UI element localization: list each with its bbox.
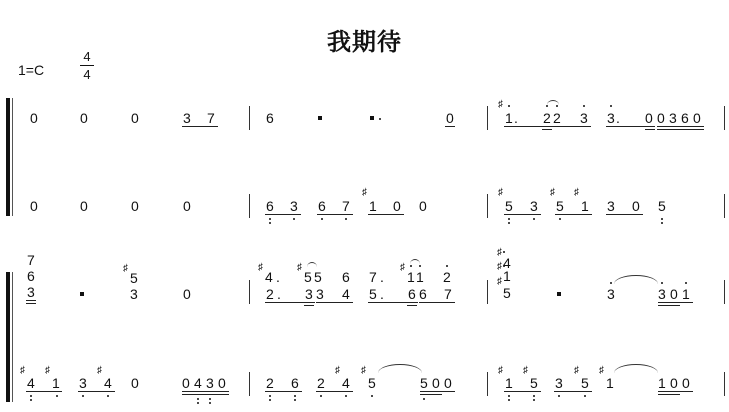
octave-dot-high <box>556 105 558 107</box>
note: 5 <box>369 286 377 302</box>
octave-dot-low <box>508 218 510 220</box>
note: 0 <box>446 110 454 126</box>
note: 3 <box>658 286 666 302</box>
dot: . <box>380 269 384 285</box>
time-signature-line <box>80 65 94 66</box>
sharp-icon: ♯ <box>497 277 502 287</box>
sixteenth-beam <box>182 394 229 395</box>
sharp-icon: ♯ <box>574 188 579 198</box>
eighth-beam <box>265 302 315 303</box>
note: 5 <box>368 375 376 391</box>
tie <box>614 364 658 373</box>
system-bracket-thick <box>6 272 10 402</box>
octave-dot-low <box>294 399 296 401</box>
tie <box>410 259 420 264</box>
eighth-beam <box>554 391 592 392</box>
note: 0 <box>131 375 139 391</box>
barline <box>487 194 488 218</box>
eighth-beam <box>658 391 693 392</box>
octave-dot-low <box>533 218 535 220</box>
eighth-beam <box>504 126 555 127</box>
note: 3 <box>316 286 324 302</box>
upper-note: 7 <box>369 269 377 285</box>
octave-dot-high <box>685 282 687 284</box>
eighth-beam <box>445 126 455 127</box>
note: 4 <box>342 286 350 302</box>
octave-dot-high <box>546 105 548 107</box>
chord-note: 7 <box>27 252 35 268</box>
note: 0 <box>670 286 678 302</box>
octave-dot-low <box>661 222 663 224</box>
note: 1 <box>581 198 589 214</box>
sharp-icon: ♯ <box>497 248 502 258</box>
note: 3 <box>206 375 214 391</box>
note: 1 <box>658 375 666 391</box>
octave-dot-low <box>533 395 535 397</box>
note: 6 <box>681 110 689 126</box>
extension-dash <box>557 292 561 296</box>
sharp-icon: ♯ <box>258 263 263 273</box>
octave-dot-low <box>345 218 347 220</box>
time-signature-numerator: 4 <box>80 49 94 64</box>
note: 5 <box>581 375 589 391</box>
note: 5 <box>505 198 513 214</box>
dot: . <box>380 286 384 302</box>
note: 1 <box>682 286 690 302</box>
eighth-beam <box>368 302 418 303</box>
sharp-icon: ♯ <box>361 366 366 376</box>
sharp-icon: ♯ <box>297 263 302 273</box>
sharp-icon: ♯ <box>498 366 503 376</box>
barline <box>487 280 488 304</box>
note: 3 <box>130 286 138 302</box>
note: 3 <box>305 286 313 302</box>
note: 3 <box>183 110 191 126</box>
octave-dot-low <box>558 395 560 397</box>
octave-dot-low <box>584 395 586 397</box>
augmentation-dot <box>379 118 381 120</box>
eighth-beam <box>26 300 36 301</box>
sharp-icon: ♯ <box>497 262 502 272</box>
upper-note: 1 <box>416 269 424 285</box>
barline <box>724 194 725 218</box>
octave-dot-low <box>82 395 84 397</box>
eighth-beam <box>606 214 643 215</box>
note: 2 <box>266 286 274 302</box>
octave-dot-high <box>503 251 505 253</box>
note: 0 <box>670 375 678 391</box>
note: 0 <box>393 198 401 214</box>
dot: . <box>616 110 620 126</box>
note: 1 <box>505 110 513 126</box>
note: 1 <box>369 198 377 214</box>
note: 2 <box>266 375 274 391</box>
octave-dot-high <box>419 265 421 267</box>
barline <box>724 106 725 130</box>
dot: . <box>276 269 280 285</box>
octave-dot-low <box>269 399 271 401</box>
upper-note: 2 <box>443 269 451 285</box>
note: 2 <box>543 110 551 126</box>
eighth-beam <box>182 391 229 392</box>
octave-dot-low <box>30 399 32 401</box>
note: 4 <box>104 375 112 391</box>
note: 7 <box>207 110 215 126</box>
note: 6 <box>266 110 274 126</box>
octave-dot-high <box>583 105 585 107</box>
eighth-beam <box>606 126 655 127</box>
note: 0 <box>182 375 190 391</box>
note: 1 <box>606 375 614 391</box>
eighth-beam <box>265 391 302 392</box>
note: 5 <box>420 375 428 391</box>
tie <box>614 275 658 284</box>
note: 0 <box>131 110 139 126</box>
eighth-beam <box>265 214 301 215</box>
barline <box>249 280 250 304</box>
octave-dot-low <box>269 222 271 224</box>
octave-dot-low <box>508 395 510 397</box>
octave-dot-low <box>209 402 211 404</box>
barline <box>487 106 488 130</box>
note: 0 <box>632 198 640 214</box>
octave-dot-low <box>661 218 663 220</box>
note: 0 <box>80 110 88 126</box>
note: 3 <box>290 198 298 214</box>
tie <box>547 100 559 105</box>
chord-note: 5 <box>130 270 138 286</box>
chord-note: 3 <box>27 284 35 300</box>
note: 0 <box>419 198 427 214</box>
sixteenth-beam <box>26 303 36 304</box>
octave-dot-low <box>209 398 211 400</box>
system-bracket-thin <box>12 98 13 216</box>
octave-dot-low <box>197 402 199 404</box>
upper-note: 5 <box>314 269 322 285</box>
eighth-beam <box>555 214 592 215</box>
note: 6 <box>419 286 427 302</box>
octave-dot-low <box>293 218 295 220</box>
octave-dot-high <box>503 265 505 267</box>
note: 0 <box>682 375 690 391</box>
note: 5 <box>556 198 564 214</box>
sharp-icon: ♯ <box>498 188 503 198</box>
octave-dot-low <box>508 222 510 224</box>
sharp-icon: ♯ <box>335 366 340 376</box>
sixteenth-beam <box>658 394 680 395</box>
octave-dot-high <box>446 265 448 267</box>
octave-dot-high <box>610 105 612 107</box>
sharp-icon: ♯ <box>599 366 604 376</box>
barline <box>724 372 725 396</box>
note: 3 <box>580 110 588 126</box>
eighth-beam <box>316 391 353 392</box>
octave-dot-low <box>508 399 510 401</box>
note: 3 <box>530 198 538 214</box>
octave-dot-low <box>197 398 199 400</box>
eighth-beam <box>504 214 541 215</box>
note: 6 <box>318 198 326 214</box>
note: 3 <box>555 375 563 391</box>
note: 2 <box>317 375 325 391</box>
chord-note: 6 <box>27 268 35 284</box>
octave-dot-high <box>661 282 663 284</box>
note: 0 <box>30 198 38 214</box>
note: 0 <box>693 110 701 126</box>
eighth-beam <box>420 391 455 392</box>
note: 0 <box>444 375 452 391</box>
sharp-icon: ♯ <box>97 366 102 376</box>
note: 1 <box>52 375 60 391</box>
octave-dot-low <box>533 399 535 401</box>
barline <box>724 280 725 304</box>
note: 4 <box>194 375 202 391</box>
note: 6 <box>266 198 274 214</box>
eighth-beam <box>657 126 704 127</box>
octave-dot-high <box>610 282 612 284</box>
upper-note: 4 <box>265 269 273 285</box>
chord-note: 1 <box>503 268 511 284</box>
note: 5 <box>530 375 538 391</box>
score-title: 我期待 <box>0 22 729 57</box>
note: 0 <box>183 198 191 214</box>
note: 0 <box>80 198 88 214</box>
octave-dot-low <box>107 395 109 397</box>
eighth-beam <box>317 214 353 215</box>
eighth-beam <box>78 391 115 392</box>
note: 3 <box>669 110 677 126</box>
octave-dot-low <box>294 395 296 397</box>
sixteenth-beam <box>657 129 704 130</box>
sharp-icon: ♯ <box>20 366 25 376</box>
octave-dot-low <box>371 395 373 397</box>
eighth-beam <box>504 391 541 392</box>
extension-dash <box>318 116 322 120</box>
sharp-icon: ♯ <box>498 100 503 110</box>
sixteenth-beam <box>420 394 442 395</box>
octave-dot-low <box>559 218 561 220</box>
dot: . <box>514 110 518 126</box>
sixteenth-beam <box>645 129 655 130</box>
eighth-beam <box>316 302 353 303</box>
note: 6 <box>408 286 416 302</box>
eighth-beam <box>182 126 218 127</box>
chord-note: 5 <box>503 285 511 301</box>
octave-dot-low <box>269 395 271 397</box>
barline <box>249 372 250 396</box>
octave-dot-low <box>423 398 425 400</box>
barline <box>487 372 488 396</box>
note: 0 <box>645 110 653 126</box>
dot: . <box>277 286 281 302</box>
note: 4 <box>342 375 350 391</box>
barline <box>249 194 250 218</box>
octave-dot-high <box>410 265 412 267</box>
sharp-icon: ♯ <box>523 366 528 376</box>
sharp-icon: ♯ <box>123 264 128 274</box>
octave-dot-low <box>321 218 323 220</box>
upper-note: 6 <box>342 269 350 285</box>
sharp-icon: ♯ <box>550 188 555 198</box>
note: 0 <box>218 375 226 391</box>
note: 0 <box>432 375 440 391</box>
octave-dot-low <box>345 395 347 397</box>
eighth-beam <box>554 126 591 127</box>
note: 7 <box>444 286 452 302</box>
key-signature: 1=C <box>18 62 44 78</box>
tie <box>307 262 317 267</box>
note: 0 <box>657 110 665 126</box>
sharp-icon: ♯ <box>362 188 367 198</box>
note: 0 <box>131 198 139 214</box>
note: 1 <box>505 375 513 391</box>
note: 3 <box>607 110 615 126</box>
sharp-icon: ♯ <box>400 263 405 273</box>
octave-dot-low <box>56 395 58 397</box>
barline <box>249 106 250 130</box>
system-bracket-thin <box>12 272 13 402</box>
eighth-beam <box>658 302 693 303</box>
octave-dot-low <box>320 395 322 397</box>
sixteenth-beam <box>542 129 552 130</box>
sharp-icon: ♯ <box>45 366 50 376</box>
octave-dot-high <box>508 105 510 107</box>
octave-dot-low <box>269 218 271 220</box>
sharp-icon: ♯ <box>574 366 579 376</box>
extension-dash <box>80 292 84 296</box>
time-signature-denominator: 4 <box>80 67 94 82</box>
note: 3 <box>607 198 615 214</box>
upper-note: 5 <box>304 269 312 285</box>
sixteenth-beam <box>304 305 314 306</box>
system-bracket-thick <box>6 98 10 216</box>
tie <box>378 364 422 373</box>
note: 0 <box>30 110 38 126</box>
sixteenth-beam <box>407 305 417 306</box>
time-signature: 4 4 <box>80 49 94 82</box>
note: 5 <box>658 198 666 214</box>
sixteenth-beam <box>658 305 680 306</box>
note: 6 <box>291 375 299 391</box>
note: 3 <box>79 375 87 391</box>
octave-dot-low <box>30 395 32 397</box>
eighth-beam <box>26 391 62 392</box>
note: 3 <box>607 286 615 302</box>
eighth-beam <box>419 302 455 303</box>
note: 7 <box>342 198 350 214</box>
note: 4 <box>27 375 35 391</box>
note: 2 <box>553 110 561 126</box>
note: 0 <box>183 286 191 302</box>
extension-dash <box>370 116 374 120</box>
upper-note: 1 <box>407 269 415 285</box>
eighth-beam <box>368 214 404 215</box>
